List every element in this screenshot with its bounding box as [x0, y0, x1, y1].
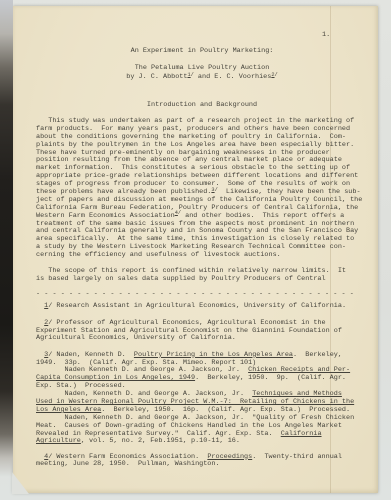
footnote-separator: - - - - - - - - - - - - - - - - - - - - … — [36, 291, 368, 299]
text-segment: Proceedings — [207, 453, 252, 461]
text-segment: cerning the efficiency and usefulness of… — [36, 251, 281, 259]
text-segment: Exp. Sta.) Processed. — [36, 382, 126, 390]
text-segment: Western Farm Economics Association — [36, 212, 175, 220]
text-line: cerning the efficiency and usefulness of… — [36, 252, 368, 260]
text-segment: Revealed in Representative Survey." Cali… — [36, 430, 281, 438]
text-segment: is based largely on sales data supplied … — [36, 275, 326, 283]
text-segment: treatment of the same basic issues from … — [36, 220, 354, 228]
text-segment: This study was undertaken as part of a r… — [36, 117, 354, 125]
footnote-1: 1/ Research Assistant in Agricultural Ec… — [36, 303, 368, 311]
text-segment: Naden, Kenneth D. and George A. Jackson,… — [36, 414, 354, 422]
document-page: 1. An Experiment in Poultry Marketing: T… — [13, 6, 378, 493]
footnote-4: 4/ Western Farm Economics Association. P… — [36, 454, 368, 470]
text-segment: Los Angeles Area — [36, 406, 101, 414]
text-segment: / Research Assistant in Agricultural Eco… — [48, 302, 346, 310]
footnote-reference-mark: / — [178, 210, 181, 216]
footnote-reference-mark: / — [191, 72, 194, 78]
text-segment: Poultry Pricing in the Los Angeles Area — [134, 351, 293, 359]
text-segment: farm products. For many years past, prod… — [36, 125, 350, 133]
footnote-reference-mark: / — [215, 187, 218, 193]
text-segment: Agricultural Economics, University of Ca… — [36, 334, 236, 342]
text-segment: / Naden, Kenneth D. — [48, 351, 134, 359]
text-segment — [36, 453, 44, 461]
text-line: Agricultural Economics, University of Ca… — [36, 335, 368, 343]
text-segment — [36, 302, 44, 310]
text-line: meeting, June 28, 1950. Pullman, Washing… — [36, 461, 368, 469]
text-segment: . Berkeley, 1950. 9p. (Calif. Agr. — [195, 374, 346, 382]
text-line: Agriculture, vol. 5, no. 2, Feb.1951, p.… — [36, 438, 368, 446]
text-segment — [36, 351, 44, 359]
text-segment: area specifically. At the same time, thi… — [36, 235, 354, 243]
text-segment: / Western Farm Economics Association. — [48, 453, 207, 461]
text-segment: These have turned pre-eminently on barga… — [36, 149, 330, 157]
byline: by J. C. Abbott1/ and E. C. Voorhies2/ — [36, 74, 368, 82]
text-segment: about the conditions governing the marke… — [36, 133, 346, 141]
paragraph-1: This study was undertaken as part of a r… — [36, 118, 368, 260]
footnote-reference-mark: / — [275, 72, 278, 78]
footnote-3: 3/ Naden, Kenneth D. Poultry Pricing in … — [36, 352, 368, 447]
text-segment: , vol. 5, no. 2, Feb.1951, p.10-11, 16. — [81, 437, 240, 445]
text-segment: / Professor of Agricultural Economics, A… — [48, 319, 325, 327]
text-segment: The scope of this report is confined wit… — [36, 267, 346, 275]
scan-spine-shadow — [0, 0, 13, 477]
text-segment: Meat. Causes of Down-grading of Chickens… — [36, 422, 342, 430]
text-segment: . Twenty-third annual — [252, 453, 342, 461]
text-line: by J. C. Abbott1/ and E. C. Voorhies2/ — [36, 74, 368, 82]
text-segment: these problems have already been publish… — [36, 188, 211, 196]
text-segment: plaints by the poultrymen in the Los Ang… — [36, 141, 354, 149]
text-segment: and central California generally and in … — [36, 227, 358, 235]
text-segment: Capita Consumption in Los Angeles, 1949 — [36, 374, 195, 382]
text-segment: Used in Western Regional Poultry Project… — [36, 398, 354, 406]
text-segment: Techniques and Methods — [252, 390, 342, 398]
text-segment: ject of papers and discussion at meeting… — [36, 196, 362, 204]
text-segment: California — [281, 430, 322, 438]
scanned-page-background: 1. An Experiment in Poultry Marketing: T… — [0, 0, 391, 500]
footnote-2: 2/ Professor of Agricultural Economics, … — [36, 320, 368, 344]
text-segment: . Berkeley, 1950. 16p. (Calif. Agr. Exp.… — [101, 406, 350, 414]
text-segment: Naden, Kenneth D. and George A. Jackson,… — [36, 390, 252, 398]
title-line-2: The Petaluma Live Poultry Auction — [36, 65, 368, 73]
text-segment: Naden Kenneth D. and George A. Jackson, … — [36, 366, 248, 374]
text-segment — [36, 319, 44, 327]
text-segment: Likewise, they have been the sub- — [218, 188, 361, 196]
text-segment: a study by the Western Livestock Marketi… — [36, 243, 346, 251]
page-text-column: An Experiment in Poultry Marketing: The … — [36, 6, 368, 469]
text-segment: appropriate price-grade relationships be… — [36, 172, 358, 180]
text-segment: California Farm Bureau Federation, Poult… — [36, 204, 358, 212]
text-segment: market information. This constitutes a s… — [36, 164, 350, 172]
text-segment: position resulting from the absence of a… — [36, 156, 342, 164]
text-segment: and E. C. Voorhies — [194, 73, 272, 81]
text-segment: by J. C. Abbott — [126, 73, 187, 81]
text-segment: 1949. 33p. (Calif. Agr. Exp. Sta. Mimeo.… — [36, 359, 256, 367]
text-segment: Chicken Receipts and Per- — [248, 366, 350, 374]
text-line: is based largely on sales data supplied … — [36, 276, 368, 284]
paper-corner-cut — [12, 472, 29, 494]
text-line: 1/ Research Assistant in Agricultural Ec… — [36, 303, 368, 311]
text-segment: Agriculture — [36, 437, 81, 445]
paragraph-2: The scope of this report is confined wit… — [36, 268, 368, 284]
text-segment: meeting, June 28, 1950. Pullman, Washing… — [36, 460, 220, 468]
title-line-1: An Experiment in Poultry Marketing: — [36, 48, 368, 56]
section-heading: Introduction and Background — [36, 102, 368, 110]
text-segment: . Berkeley, — [293, 351, 342, 359]
text-segment: stages of progress from producer to cons… — [36, 180, 350, 188]
text-segment: Experiment Station and Agricultural Econ… — [36, 327, 342, 335]
text-segment: and other bodies. This report offers a — [181, 212, 344, 220]
